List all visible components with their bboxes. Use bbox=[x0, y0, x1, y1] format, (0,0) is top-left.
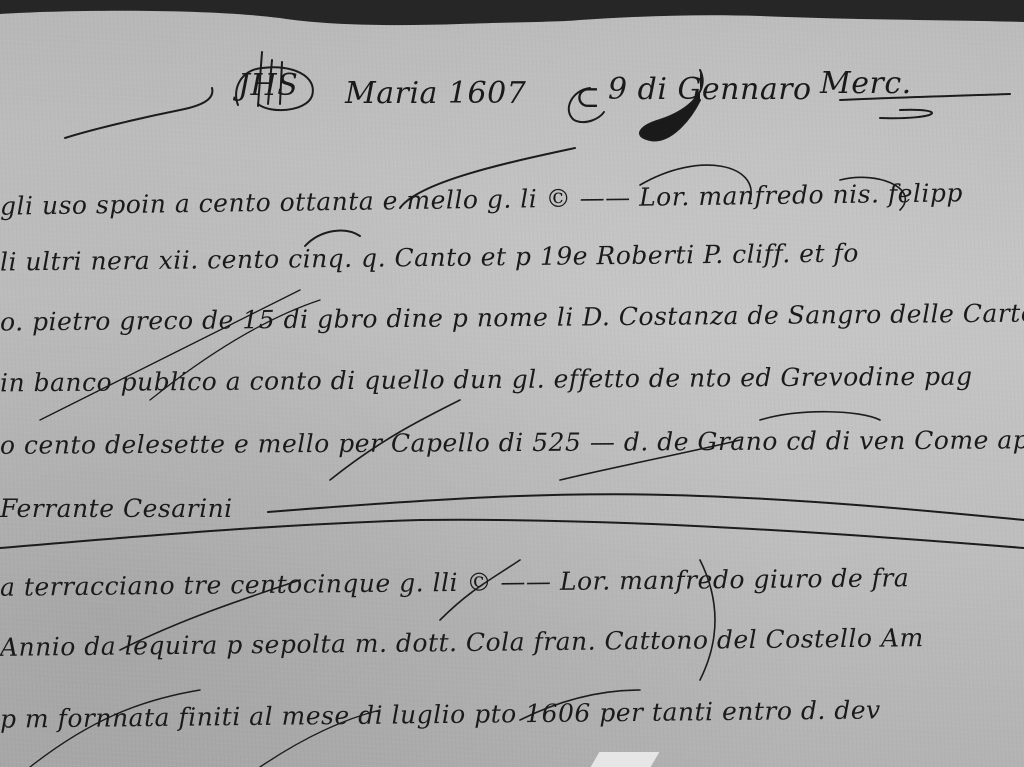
heading-monogram: JHS bbox=[238, 68, 298, 103]
entry-1-line-5: o cento delesette e mello per Capello di… bbox=[0, 425, 1024, 459]
entry-1-line-2: li ultri nera xii. cento cinq. q. Canto … bbox=[0, 239, 859, 277]
entry-1-line-3: o. pietro greco de 15 di gbro dine p nom… bbox=[0, 298, 1024, 336]
paper-tear-patch bbox=[591, 752, 660, 767]
entry-2-line-2: Annio da lequira p sepolta m. dott. Cola… bbox=[0, 623, 924, 662]
entry-1-line-1: gli uso spoin a cento ottanta e mello g.… bbox=[0, 178, 963, 220]
entry-2-line-1: a terracciano tre centocinque g. lli © —… bbox=[0, 563, 909, 602]
entry-2-line-3: p m fornnata finiti al mese di luglio pt… bbox=[0, 695, 881, 733]
heading-date: 9 di Gennaro bbox=[608, 72, 812, 107]
paper-page: JHS Maria 1607 ⊂ 9 di Gennaro Merc. gli … bbox=[0, 0, 1024, 767]
heading-year: Maria 1607 bbox=[345, 76, 526, 111]
manuscript-photo: JHS Maria 1607 ⊂ 9 di Gennaro Merc. gli … bbox=[0, 0, 1024, 767]
entry-1-signature: Ferrante Cesarini bbox=[0, 494, 233, 523]
heading-weekday: Merc. bbox=[820, 66, 912, 101]
heading-date-symbol: ⊂ bbox=[575, 80, 601, 115]
entry-1-line-4: in banco publico a conto di quello dun g… bbox=[0, 362, 973, 398]
